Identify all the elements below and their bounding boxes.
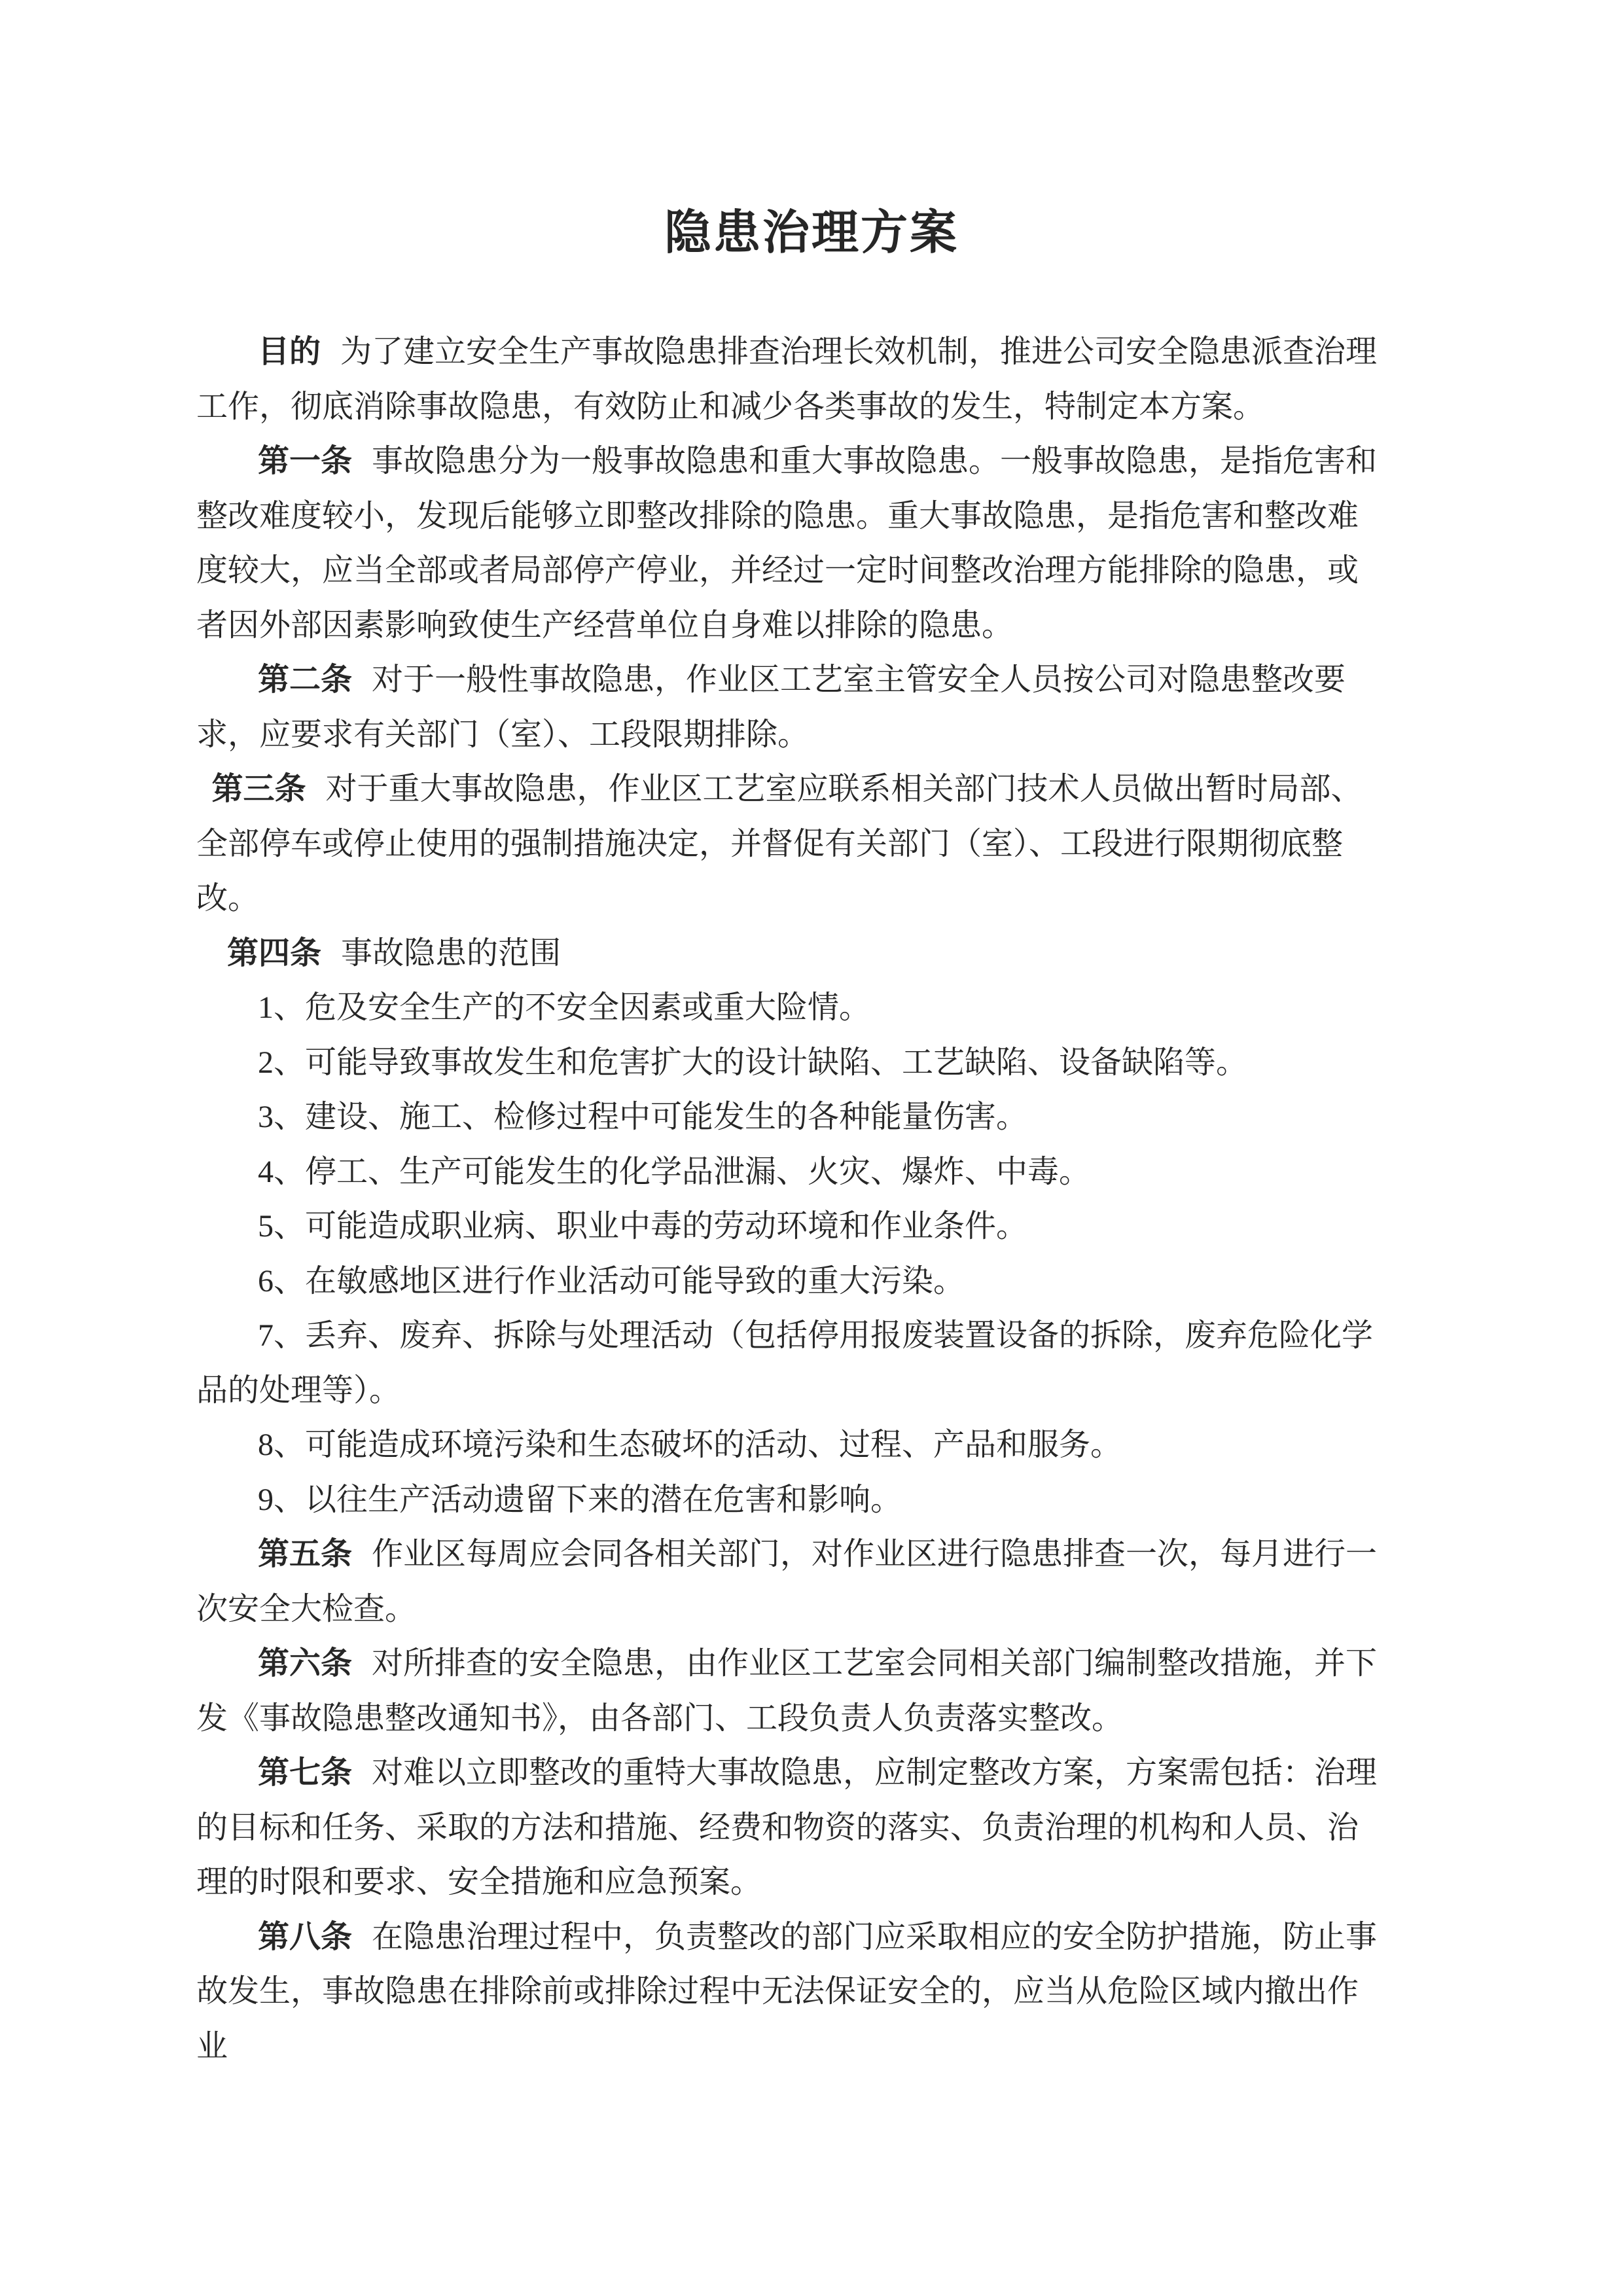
document-line: 第四条事故隐患的范围 [227, 937, 561, 970]
line-text: 对于一般性事故隐患，作业区工艺室主管安全人员按公司对隐患整改要 [372, 662, 1346, 697]
document-page: 隐患治理方案 目的为了建立安全生产事故隐患排查治理长效机制，推进公司安全隐患派查… [0, 0, 1623, 2296]
document-line: 度较大，应当全部或者局部停产停业，并经过一定时间整改治理方能排除的隐患，或 [196, 554, 1359, 587]
clause-label: 第一条 [258, 444, 352, 478]
line-text: 对难以立即整改的重特大事故隐患，应制定整改方案，方案需包括：治理 [372, 1755, 1377, 1790]
line-text: 全部停车或停止使用的强制措施决定，并督促有关部门（室）、工段进行限期彻底整 [196, 827, 1343, 861]
line-text: 作业区每周应会同各相关部门，对作业区进行隐患排查一次，每月进行一 [372, 1537, 1377, 1571]
line-text: 的目标和任务、采取的方法和措施、经费和物资的落实、负责治理的机构和人员、治 [196, 1810, 1359, 1845]
document-line: 第三条对于重大事故隐患，作业区工艺室应联系相关部门技术人员做出暂时局部、 [212, 773, 1363, 806]
clause-label: 第三条 [212, 772, 306, 806]
clause-label: 第七条 [258, 1755, 352, 1790]
document-line: 第八条在隐患治理过程中，负责整改的部门应采取相应的安全防护措施，防止事 [258, 1921, 1377, 1954]
document-line: 整改难度较小，发现后能够立即整改排除的隐患。重大事故隐患，是指危害和整改难 [196, 500, 1359, 533]
line-text: 6、在敏感地区进行作业活动可能导致的重大污染。 [258, 1264, 965, 1299]
clause-label: 目的 [258, 334, 321, 369]
document-line: 第五条作业区每周应会同各相关部门，对作业区进行隐患排查一次，每月进行一 [258, 1538, 1377, 1571]
clause-label: 第四条 [227, 936, 321, 971]
document-line: 7、丢弃、废弃、拆除与处理活动（包括停用报废装置设备的拆除，废弃危险化学 [258, 1319, 1373, 1352]
document-line: 6、在敏感地区进行作业活动可能导致的重大污染。 [258, 1265, 965, 1298]
line-text: 对所排查的安全隐患，由作业区工艺室会同相关部门编制整改措施，并下 [372, 1646, 1377, 1681]
line-text: 品的处理等）。 [196, 1373, 401, 1408]
line-text: 对于重大事故隐患，作业区工艺室应联系相关部门技术人员做出暂时局部、 [326, 772, 1363, 806]
line-text: 改。 [196, 881, 259, 916]
document-line: 故发生，事故隐患在排除前或排除过程中无法保证安全的，应当从危险区域内撤出作 [196, 1975, 1359, 2008]
line-text: 发《事故隐患整改通知书》，由各部门、工段负责人负责落实整改。 [196, 1701, 1123, 1736]
line-text: 8、可能造成环境污染和生态破坏的活动、过程、产品和服务。 [258, 1427, 1122, 1462]
line-text: 2、可能导致事故发生和危害扩大的设计缺陷、工艺缺陷、设备缺陷等。 [258, 1045, 1247, 1080]
document-line: 5、可能造成职业病、职业中毒的劳动环境和作业条件。 [258, 1210, 1027, 1243]
line-text: 次安全大检查。 [196, 1592, 416, 1626]
line-text: 事故隐患分为一般事故隐患和重大事故隐患。一般事故隐患，是指危害和 [372, 444, 1377, 478]
line-text: 为了建立安全生产事故隐患排查治理长效机制，推进公司安全隐患派查治理 [340, 334, 1377, 369]
line-text: 整改难度较小，发现后能够立即整改排除的隐患。重大事故隐患，是指危害和整改难 [196, 499, 1359, 533]
line-text: 度较大，应当全部或者局部停产停业，并经过一定时间整改治理方能排除的隐患，或 [196, 553, 1359, 588]
line-text: 5、可能造成职业病、职业中毒的劳动环境和作业条件。 [258, 1209, 1027, 1244]
clause-label: 第五条 [258, 1537, 352, 1571]
line-text: 事故隐患的范围 [341, 936, 561, 971]
document-line: 第七条对难以立即整改的重特大事故隐患，应制定整改方案，方案需包括：治理 [258, 1757, 1377, 1789]
document-line: 3、建设、施工、检修过程中可能发生的各种能量伤害。 [258, 1101, 1027, 1134]
clause-label: 第二条 [258, 662, 352, 697]
document-line: 8、可能造成环境污染和生态破坏的活动、过程、产品和服务。 [258, 1429, 1122, 1462]
line-text: 9、以往生产活动遗留下来的潜在危害和影响。 [258, 1482, 902, 1517]
line-text: 求，应要求有关部门（室）、工段限期排除。 [196, 717, 809, 752]
document-line: 4、停工、生产可能发生的化学品泄漏、火灾、爆炸、中毒。 [258, 1156, 1090, 1189]
document-line: 目的为了建立安全生产事故隐患排查治理长效机制，推进公司安全隐患派查治理 [258, 336, 1377, 368]
line-text: 4、停工、生产可能发生的化学品泄漏、火灾、爆炸、中毒。 [258, 1155, 1090, 1189]
line-text: 理的时限和要求、安全措施和应急预案。 [196, 1865, 762, 1899]
document-line: 1、危及安全生产的不安全因素或重大险情。 [258, 992, 870, 1024]
document-line: 品的处理等）。 [196, 1374, 401, 1407]
document-line: 理的时限和要求、安全措施和应急预案。 [196, 1866, 762, 1899]
line-text: 业 [196, 2029, 228, 2064]
document-line: 的目标和任务、采取的方法和措施、经费和物资的落实、负责治理的机构和人员、治 [196, 1812, 1359, 1844]
document-line: 求，应要求有关部门（室）、工段限期排除。 [196, 719, 809, 751]
document-line: 发《事故隐患整改通知书》，由各部门、工段负责人负责落实整改。 [196, 1702, 1123, 1735]
page-title: 隐患治理方案 [0, 209, 1623, 257]
document-line: 改。 [196, 882, 259, 915]
document-line: 9、以往生产活动遗留下来的潜在危害和影响。 [258, 1484, 902, 1516]
document-line: 第六条对所排查的安全隐患，由作业区工艺室会同相关部门编制整改措施，并下 [258, 1647, 1377, 1680]
document-line: 次安全大检查。 [196, 1593, 416, 1626]
document-line: 者因外部因素影响致使生产经营单位自身难以排除的隐患。 [196, 609, 1013, 642]
line-text: 3、建设、施工、检修过程中可能发生的各种能量伤害。 [258, 1100, 1027, 1134]
clause-label: 第六条 [258, 1646, 352, 1681]
line-text: 故发生，事故隐患在排除前或排除过程中无法保证安全的，应当从危险区域内撤出作 [196, 1974, 1359, 2009]
clause-label: 第八条 [258, 1920, 352, 1954]
line-text: 1、危及安全生产的不安全因素或重大险情。 [258, 990, 870, 1025]
line-text: 工作，彻底消除事故隐患，有效防止和减少各类事故的发生，特制定本方案。 [196, 389, 1264, 424]
line-text: 7、丢弃、废弃、拆除与处理活动（包括停用报废装置设备的拆除，废弃危险化学 [258, 1318, 1373, 1353]
document-line: 2、可能导致事故发生和危害扩大的设计缺陷、工艺缺陷、设备缺陷等。 [258, 1047, 1247, 1079]
document-line: 第二条对于一般性事故隐患，作业区工艺室主管安全人员按公司对隐患整改要 [258, 664, 1346, 696]
document-line: 全部停车或停止使用的强制措施决定，并督促有关部门（室）、工段进行限期彻底整 [196, 828, 1343, 861]
line-text: 者因外部因素影响致使生产经营单位自身难以排除的隐患。 [196, 608, 1013, 643]
line-text: 在隐患治理过程中，负责整改的部门应采取相应的安全防护措施，防止事 [372, 1920, 1377, 1954]
document-line: 工作，彻底消除事故隐患，有效防止和减少各类事故的发生，特制定本方案。 [196, 391, 1264, 423]
document-line: 业 [196, 2030, 228, 2063]
document-line: 第一条事故隐患分为一般事故隐患和重大事故隐患。一般事故隐患，是指危害和 [258, 445, 1377, 478]
